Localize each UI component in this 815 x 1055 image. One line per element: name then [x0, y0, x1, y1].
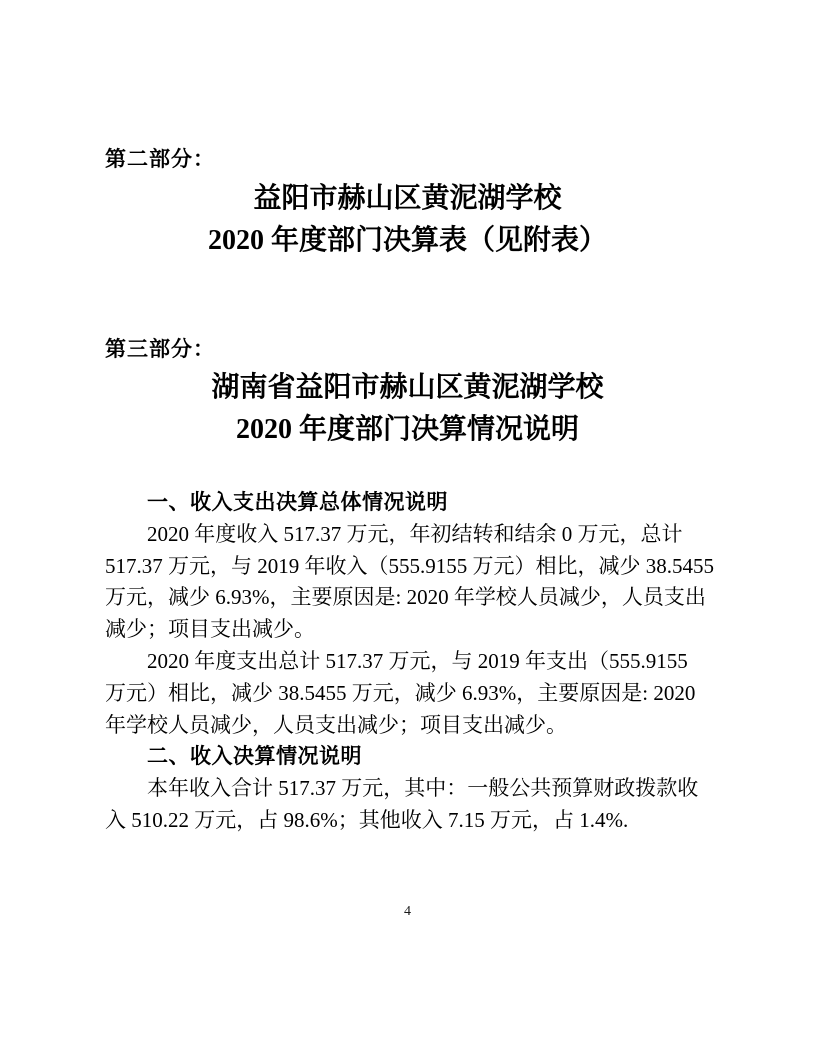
part2-title-line1: 益阳市赫山区黄泥湖学校 [0, 178, 815, 220]
part3-title-line1: 湖南省益阳市赫山区黄泥湖学校 [0, 367, 815, 409]
section-heading: 一、收入支出决算总体情况说明 [105, 487, 712, 519]
part3-title-line2: 2020 年度部门决算情况说明 [0, 409, 815, 451]
part3-label: 第三部分： [105, 338, 215, 361]
paragraph-line: 入 510.22 万元，占 98.6%；其他收入 7.15 万元，占 1.4%. [105, 805, 712, 837]
paragraph-line: 本年收入合计 517.37 万元，其中：一般公共预算财政拨款收 [105, 773, 712, 805]
paragraph-line: 减少；项目支出减少。 [105, 614, 712, 646]
document-body: 一、收入支出决算总体情况说明2020 年度收入 517.37 万元，年初结转和结… [105, 487, 712, 837]
document-page: 第二部分： 益阳市赫山区黄泥湖学校 2020 年度部门决算表（见附表） 第三部分… [0, 0, 815, 1055]
paragraph-line: 万元）相比，减少 38.5455 万元，减少 6.93%，主要原因是: 2020 [105, 678, 712, 710]
part2-label: 第二部分： [105, 148, 215, 171]
paragraph-line: 2020 年度支出总计 517.37 万元，与 2019 年支出（555.915… [105, 646, 712, 678]
paragraph-line: 517.37 万元，与 2019 年收入（555.9155 万元）相比，减少 3… [105, 551, 712, 583]
part2-title-line2: 2020 年度部门决算表（见附表） [0, 220, 815, 262]
paragraph-line: 2020 年度收入 517.37 万元，年初结转和结余 0 万元，总计 [105, 519, 712, 551]
paragraph-line: 万元，减少 6.93%，主要原因是: 2020 年学校人员减少，人员支出 [105, 582, 712, 614]
part2-title: 益阳市赫山区黄泥湖学校 2020 年度部门决算表（见附表） [0, 178, 815, 262]
section-heading: 二、收入决算情况说明 [105, 741, 712, 773]
page-number: 4 [0, 903, 815, 921]
part3-title: 湖南省益阳市赫山区黄泥湖学校 2020 年度部门决算情况说明 [0, 367, 815, 451]
paragraph-line: 年学校人员减少，人员支出减少；项目支出减少。 [105, 710, 712, 742]
